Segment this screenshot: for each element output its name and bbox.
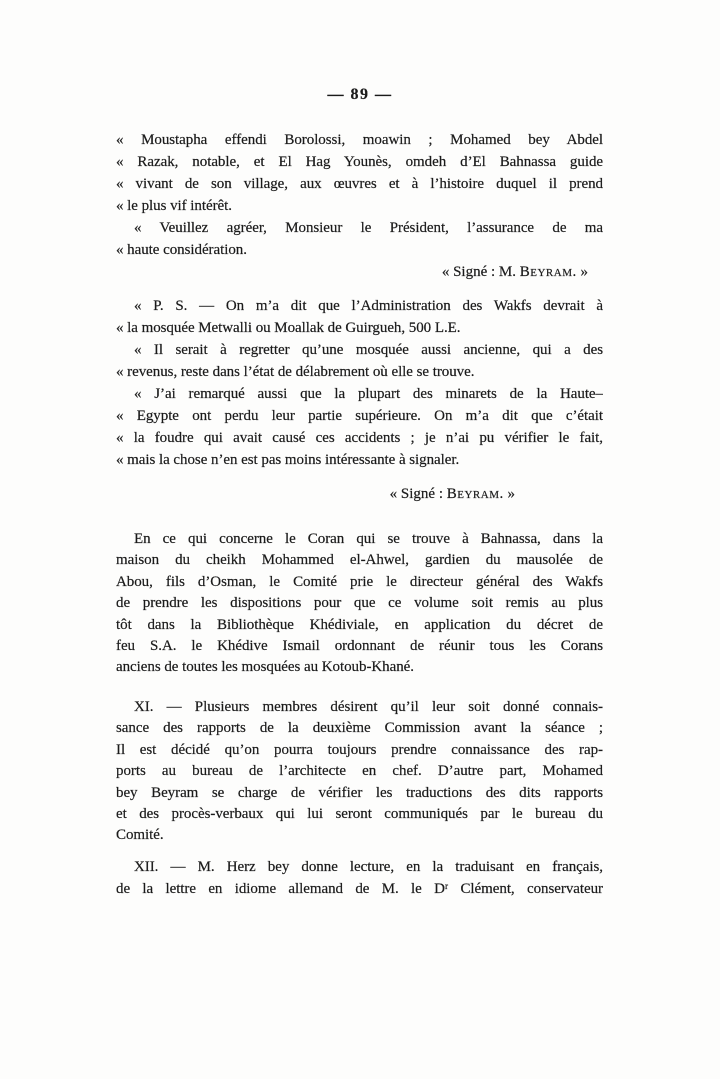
text-line: « la mosquée Metwalli ou Moallak de Guir… [116,317,603,339]
letter-lines: « Moustapha effendi Borolossi, moawin ; … [116,129,603,261]
text-line: « J’ai remarqué aussi que la plupart des… [116,383,603,405]
text-line: « Veuillez agréer, Monsieur le Président… [116,217,603,239]
text-line: « P. S. — On m’a dit que l’Administratio… [116,295,603,317]
minutes-item-xi: XI. — Plusieurs membres désirent qu’il l… [116,697,603,847]
text-line: « Egypte ont perdu leur partie supérieur… [116,405,603,427]
text-line: bey Beyram se charge de vérifier les tra… [116,783,603,804]
coran-paragraph: En ce qui concerne le Coran qui se trouv… [116,529,603,679]
postscript-lines: « P. S. — On m’a dit que l’Administratio… [116,295,603,471]
text-line: Il est décidé qu’on pourra toujours pren… [116,740,603,761]
text-line: feu S.A. le Khédive Ismail ordonnant de … [116,636,603,657]
text-line: maison du cheikh Mohammed el-Ahwel, gard… [116,550,603,571]
signature-name: Beyram. [520,264,577,280]
text-line: « Il serait à regretter qu’une mosquée a… [116,339,603,361]
item-xii-lines: XII. — M. Herz bey donne lecture, en la … [116,856,603,900]
text-line: de prendre les dispositions pour que ce … [116,593,603,614]
page-number-header: — 89 — [0,86,720,104]
item-xi-lines: XI. — Plusieurs membres désirent qu’il l… [116,697,603,847]
signature-open: « Signé : M. [442,264,520,280]
coran-lines: En ce qui concerne le Coran qui se trouv… [116,529,603,679]
signature-close: » [504,486,515,502]
text-line: « Moustapha effendi Borolossi, moawin ; … [116,129,603,151]
text-line: « mais la chose n’en est pas moins intér… [116,449,603,471]
text-line: XII. — M. Herz bey donne lecture, en la … [116,856,603,878]
signature-close: » [577,264,588,280]
letter-signature-line: « Signé : M. Beyram. » [116,261,603,283]
signature-name: Beyram. [447,486,504,502]
text-line: « le plus vif intérêt. [116,195,603,217]
text-line: « la foudre qui avait causé ces accident… [116,427,603,449]
text-line: ports au bureau de l’architecte en chef.… [116,761,603,782]
letter-quote-block: « Moustapha effendi Borolossi, moawin ; … [116,129,603,283]
text-line: « Razak, notable, et El Hag Younès, omde… [116,151,603,173]
text-line: XI. — Plusieurs membres désirent qu’il l… [116,697,603,718]
text-line: « revenus, reste dans l’état de délabrem… [116,361,603,383]
text-line: anciens de toutes les mosquées au Kotoub… [116,657,603,678]
postscript-block: « P. S. — On m’a dit que l’Administratio… [116,295,603,505]
signature-open: « Signé : [390,486,447,502]
text-line: « vivant de son village, aux œuvres et à… [116,173,603,195]
postscript-signature-line: « Signé : Beyram. » [116,483,603,505]
text-line: Comité. [116,825,603,846]
minutes-item-xii: XII. — M. Herz bey donne lecture, en la … [116,856,603,900]
text-line: de la lettre en idiome allemand de M. le… [116,878,603,900]
scanned-document-page: — 89 — « Moustapha effendi Borolossi, mo… [0,0,720,1079]
text-line: En ce qui concerne le Coran qui se trouv… [116,529,603,550]
text-line: sance des rapports de la deuxième Commis… [116,718,603,739]
text-line: « haute considération. [116,239,603,261]
text-line: Abou, fils d’Osman, le Comité prie le di… [116,572,603,593]
text-line: et des procès-verbaux qui lui seront com… [116,804,603,825]
text-line: tôt dans la Bibliothèque Khédiviale, en … [116,615,603,636]
